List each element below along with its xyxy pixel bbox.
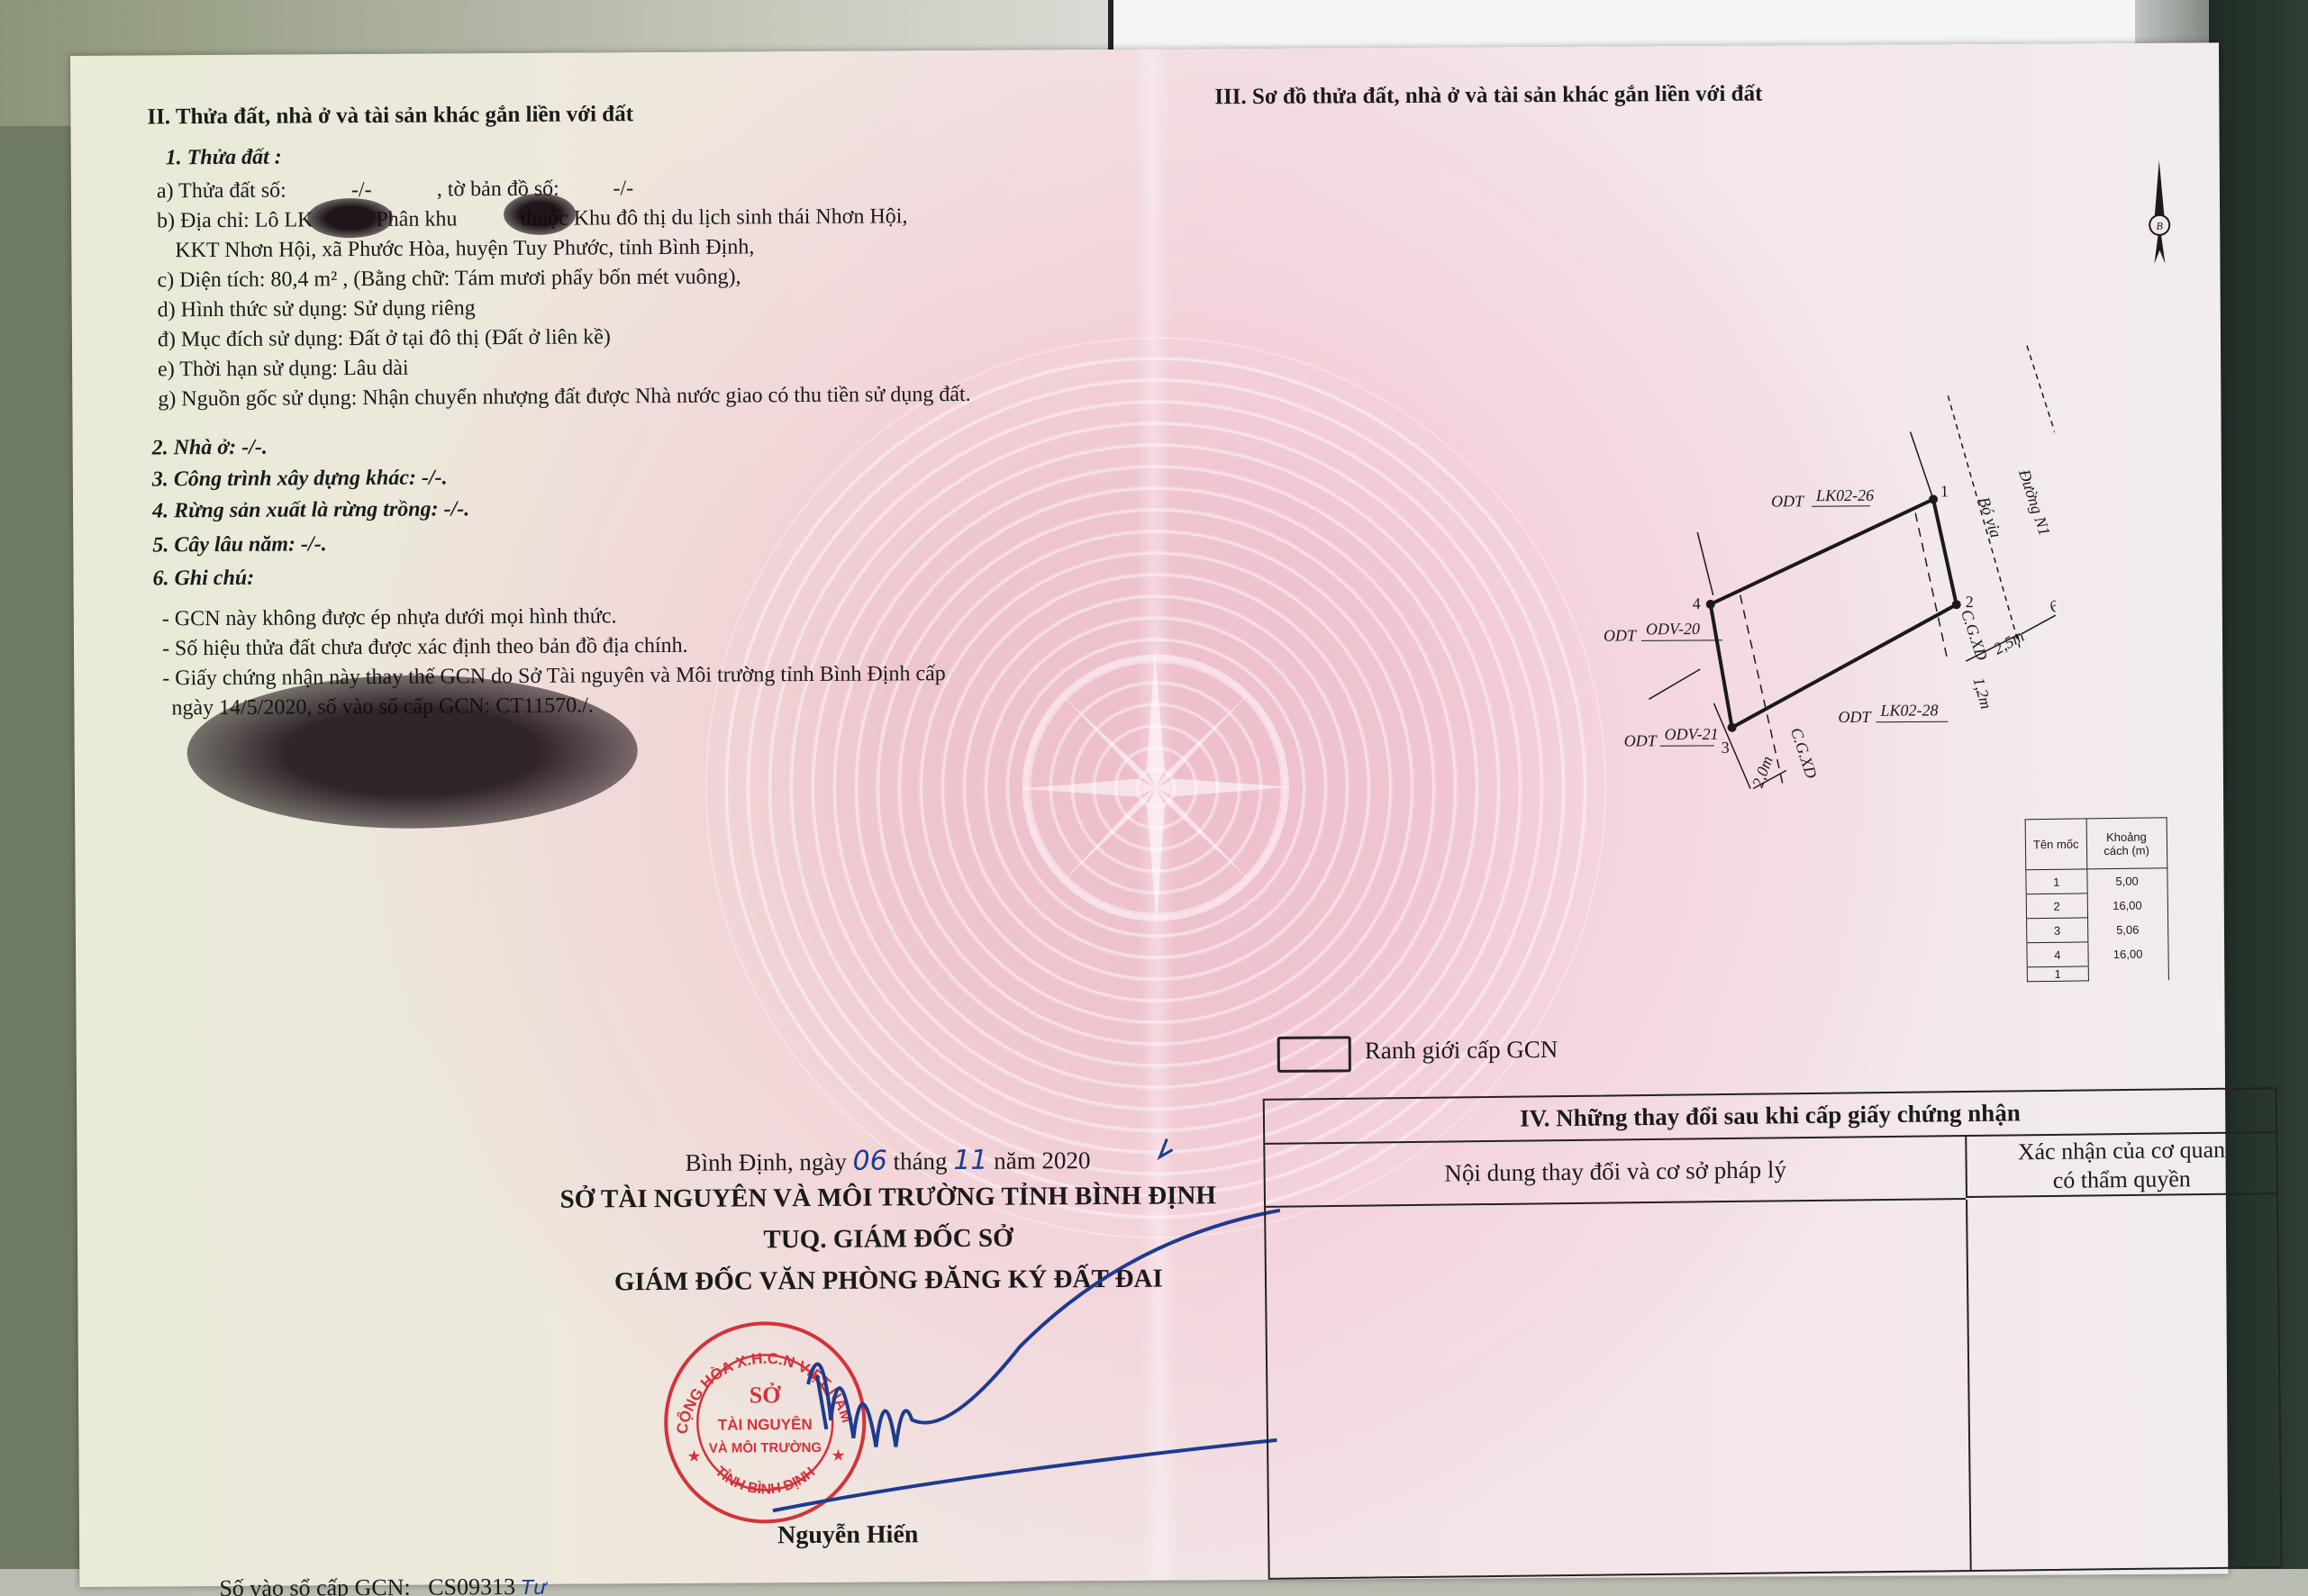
field-usage-form: d) Hình thức sử dụng: Sử dụng riêng: [158, 294, 476, 324]
column-header-changes: Nội dung thay đổi và cơ sở pháp lý: [1265, 1137, 1966, 1208]
north-arrow-icon: B: [2141, 160, 2178, 268]
confirmation-cell: [1966, 1196, 2283, 1570]
registry-initials: Tư: [521, 1577, 546, 1596]
distance-row: 416,00: [2027, 941, 2168, 967]
map-sheet-value: -/-: [565, 174, 682, 204]
plot-number-label: a) Thửa đất số:: [157, 179, 286, 204]
svg-text:LK02-28: LK02-28: [1879, 701, 1938, 719]
column-header-confirmation: Xác nhận của cơ quan có thẩm quyền: [1965, 1133, 2276, 1198]
corner-point-1: 1: [1940, 482, 1949, 500]
header-distance: Khoảng cách (m): [2086, 818, 2167, 869]
certificate-page: II. Thửa đất, nhà ở và tài sản khác gắn …: [70, 42, 2228, 1587]
legend-boundary-swatch: [1277, 1036, 1351, 1073]
svg-text:ODT: ODT: [1604, 626, 1638, 644]
note-1: - GCN này không được ép nhựa dưới mọi hì…: [162, 602, 617, 633]
svg-text:Bó vỉa: Bó vỉa: [2051, 458, 2057, 503]
changes-content-cell: [1266, 1200, 1970, 1578]
subsection-land-plot: 1. Thửa đất :: [166, 143, 282, 173]
item-notes-heading: 6. Ghi chú:: [152, 564, 254, 594]
svg-text:6,0m: 6,0m: [2046, 585, 2057, 616]
redaction-mark: [186, 674, 638, 830]
corner-point-4: 4: [1693, 594, 1701, 612]
svg-text:ODT: ODT: [1771, 492, 1805, 510]
point-distance: 5,06: [2087, 917, 2167, 942]
field-plot-number: a) Thửa đất số: -/- , tờ bản đồ số: -/-: [157, 174, 682, 206]
point-name: 2: [2026, 893, 2087, 919]
note-3: - Giấy chứng nhận này thay thế GCN do Sở…: [162, 659, 946, 693]
point-name: 4: [2027, 942, 2088, 967]
section-2-title: II. Thửa đất, nhà ở và tài sản khác gắn …: [147, 102, 633, 130]
distance-row: 35,06: [2027, 917, 2168, 943]
point-distance: 16,00: [2087, 941, 2167, 966]
field-usage-term: e) Thời hạn sử dụng: Lâu dài: [158, 354, 409, 385]
signer-name: Nguyễn Hiến: [777, 1520, 919, 1550]
distance-row: 1: [2027, 966, 2168, 982]
svg-text:ODV-21: ODV-21: [1665, 725, 1719, 743]
distance-row: 15,00: [2026, 868, 2167, 894]
svg-text:B: B: [2156, 220, 2163, 232]
svg-text:C.G.XD: C.G.XD: [1787, 725, 1821, 780]
svg-text:1,2m: 1,2m: [1969, 676, 1995, 712]
item-other-construction: 3. Công trình xây dựng khác: -/-.: [152, 463, 448, 494]
redaction-mark: [504, 194, 576, 235]
registry-value: CS09313: [428, 1573, 515, 1596]
point-distance: [2088, 966, 2168, 981]
plot-diagram: 1 2 3 4 ODT LK02-26 ODT ODV-20 ODT ODV-2…: [1243, 296, 2057, 805]
point-name: 3: [2027, 918, 2088, 943]
item-planted-forest: 4. Rừng sản xuất là rừng trồng: -/-.: [152, 494, 469, 525]
point-name: 1: [2026, 869, 2087, 894]
field-area: c) Diện tích: 80,4 m² , (Bằng chữ: Tám m…: [157, 262, 741, 295]
svg-text:ODT: ODT: [1838, 708, 1872, 726]
area-value: 80,4 m²: [270, 268, 337, 291]
svg-text:2,0m: 2,0m: [1749, 754, 1776, 790]
svg-text:ODT: ODT: [1624, 731, 1658, 749]
section-3-title: III. Sơ đồ thửa đất, nhà ở và tài sản kh…: [1214, 82, 1762, 111]
registry-number: Số vào sổ cấp GCN: CS09313 Tư: [219, 1573, 546, 1596]
item-perennial-trees: 5. Cây lâu năm: -/-.: [152, 530, 327, 559]
svg-text:ODV-20: ODV-20: [1646, 620, 1700, 638]
note-2: - Số hiệu thửa đất chưa được xác định th…: [162, 631, 688, 664]
boundary-distance-table: Tên mốc Khoảng cách (m) 15,00216,0035,06…: [2025, 817, 2169, 982]
field-usage-purpose: đ) Mục đích sử dụng: Đất ở tại đô thị (Đ…: [158, 322, 611, 354]
svg-text:C.G.XD: C.G.XD: [1958, 607, 1991, 662]
svg-text:2,5m: 2,5m: [1991, 627, 2028, 657]
svg-text:LK02-26: LK02-26: [1815, 486, 1874, 504]
corner-point-3: 3: [1722, 739, 1730, 757]
header-point-name: Tên mốc: [2025, 819, 2086, 870]
point-name: 1: [2027, 966, 2088, 982]
changes-table: IV. Những thay đổi sau khi cấp giấy chứn…: [1263, 1087, 2283, 1580]
item-house: 2. Nhà ở: -/-.: [152, 433, 268, 463]
point-distance: 5,00: [2086, 868, 2167, 893]
point-distance: 16,00: [2087, 893, 2167, 918]
field-usage-origin: g) Nguồn gốc sử dụng: Nhận chuyển nhượng…: [158, 380, 970, 414]
registry-label: Số vào sổ cấp GCN:: [219, 1574, 411, 1596]
legend-label: Ranh giới cấp GCN: [1365, 1036, 1558, 1065]
svg-text:Đường N1: Đường N1: [2015, 467, 2054, 538]
handwritten-signature: [419, 1084, 1304, 1594]
field-address-line2: KKT Nhơn Hội, xã Phước Hòa, huyện Tuy Ph…: [175, 232, 754, 265]
distance-row: 216,00: [2026, 893, 2167, 919]
svg-text:Bó vỉa: Bó vỉa: [1975, 494, 2005, 540]
